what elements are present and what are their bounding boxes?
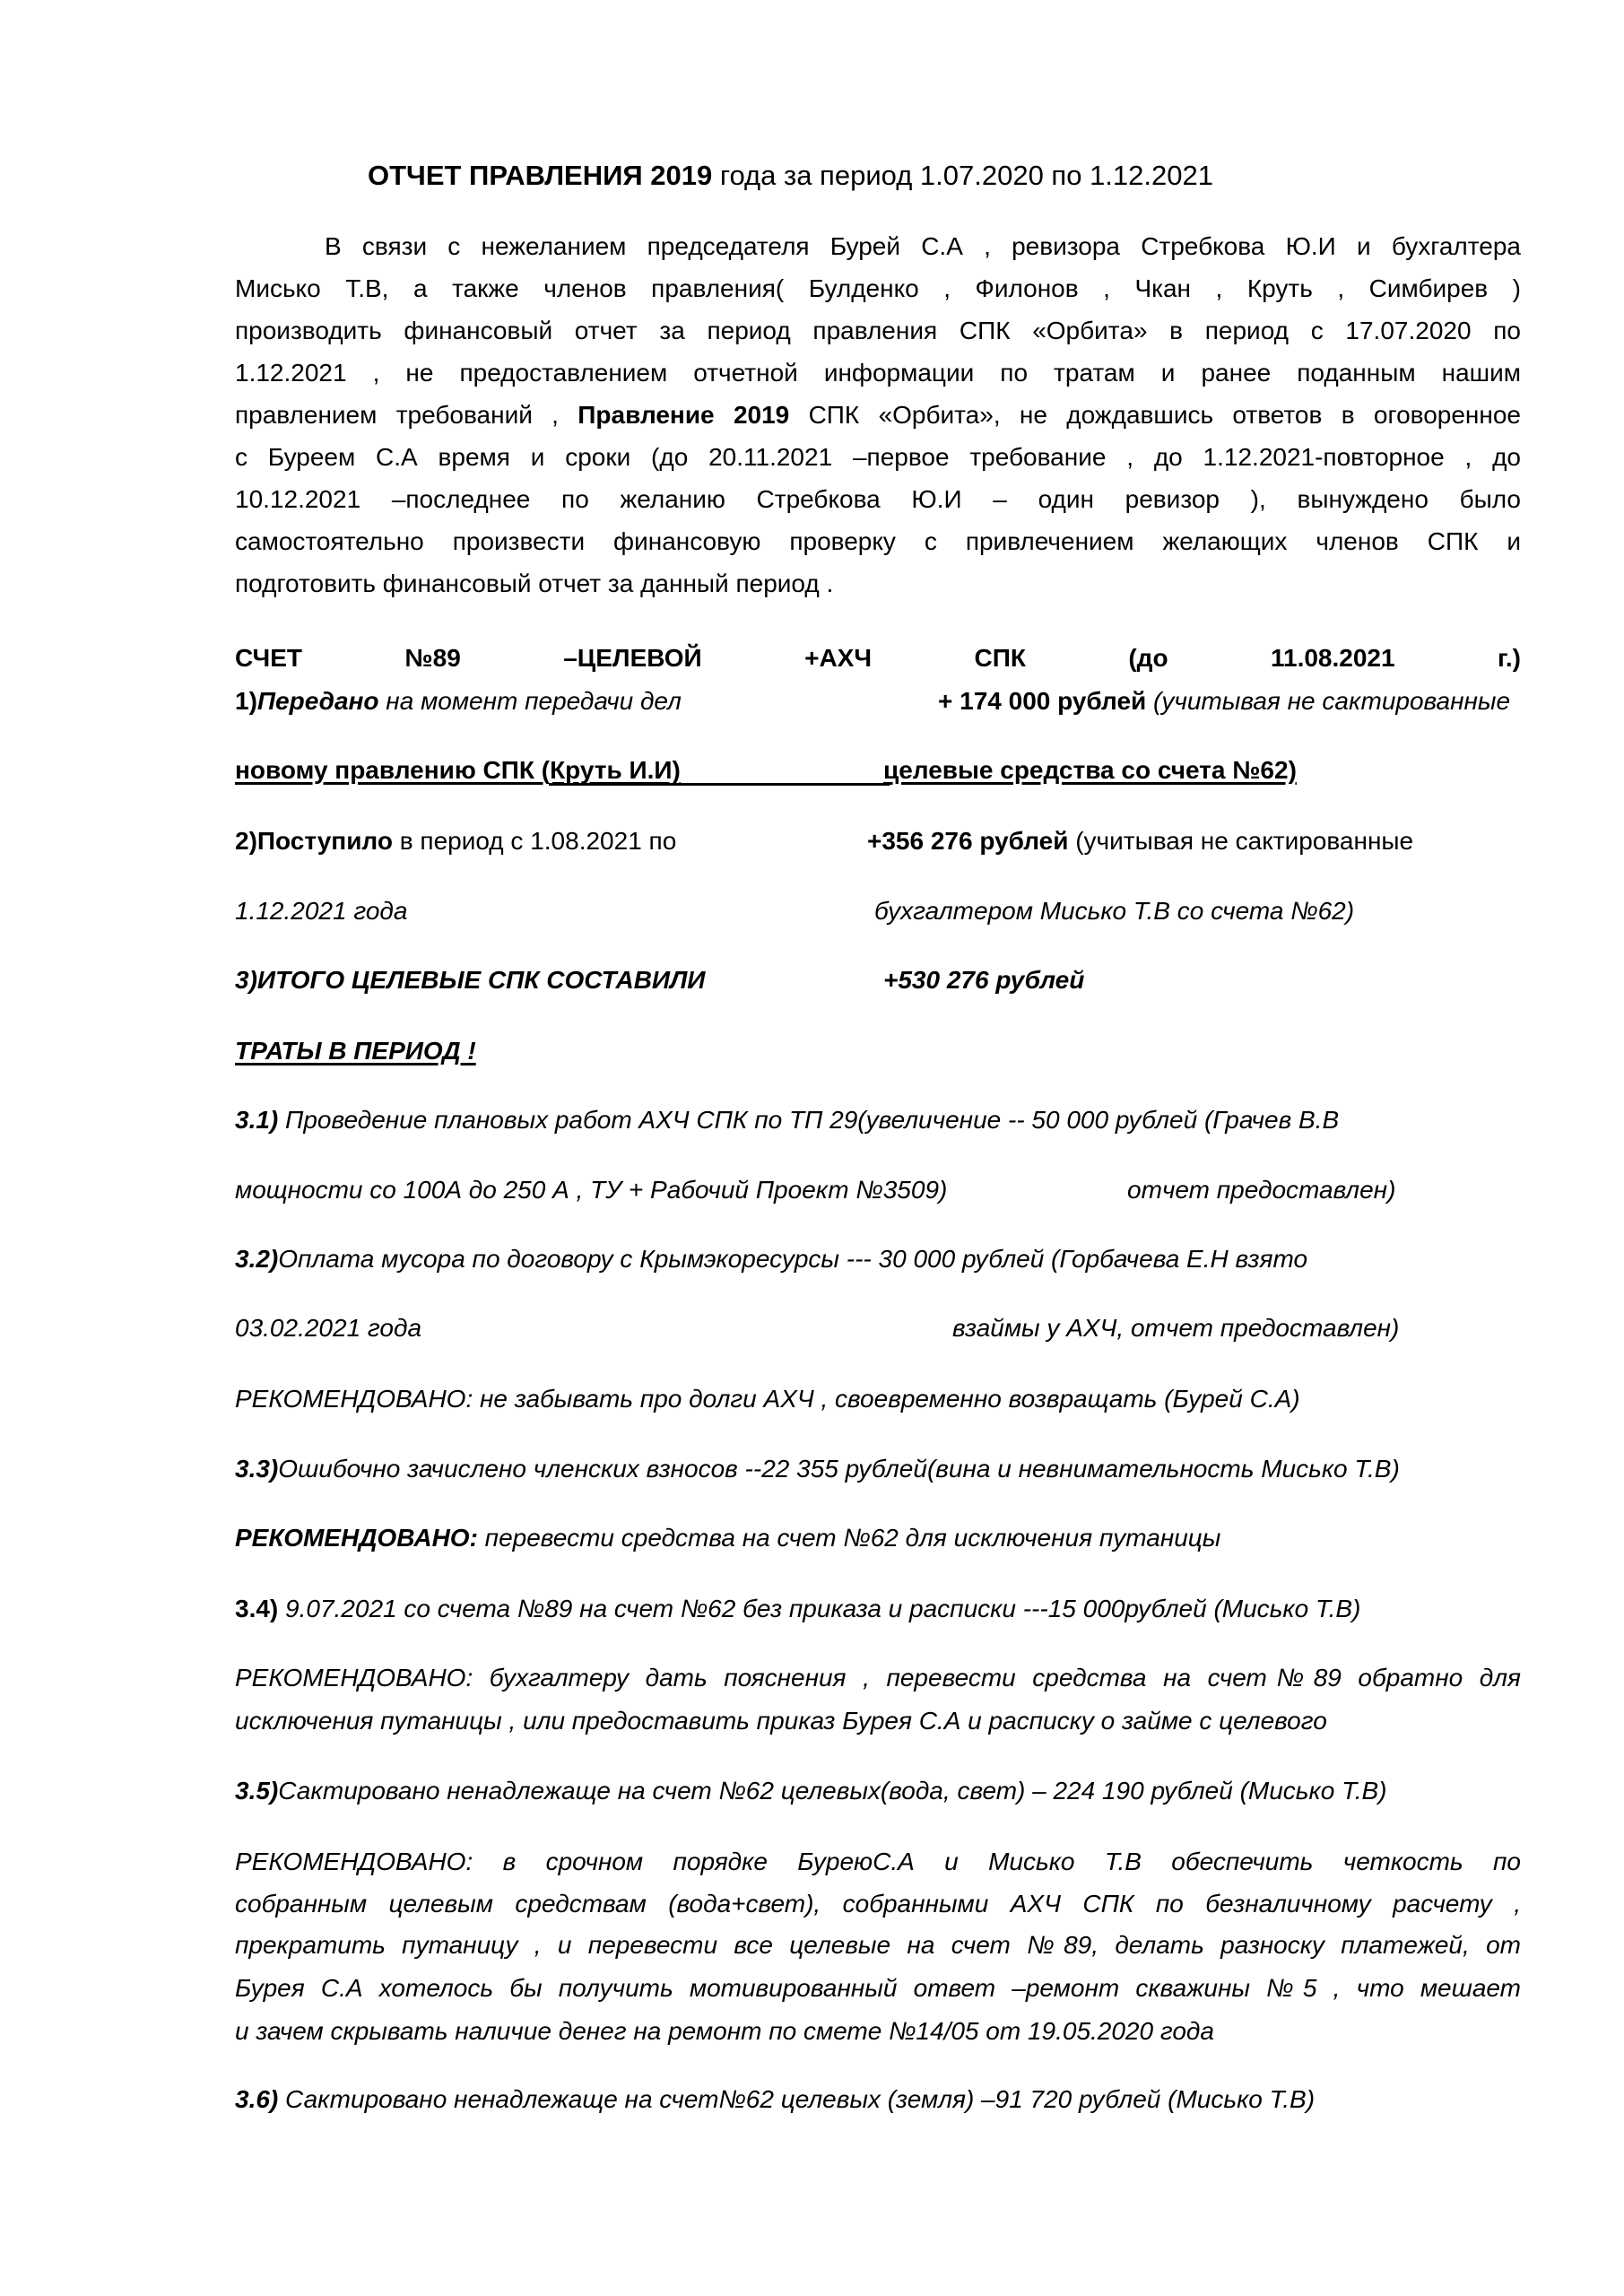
item-amount: + 174 000 рублей [938, 687, 1146, 715]
item-num: 3.1) [235, 1106, 278, 1134]
item-line2-left: мощности со 100А до 250 А , ТУ + Рабочий… [235, 1176, 947, 1204]
spending-heading: ТРАТЫ В ПЕРИОД ! [235, 1035, 1521, 1067]
intro-line: самостоятельно произвести финансовую про… [235, 526, 1521, 558]
item-amount-wrap: +356 276 рублей (учитывая не сактированн… [867, 825, 1413, 857]
recommendation: собранным целевым средствам (вода+свет),… [235, 1888, 1521, 1920]
item-text: 9.07.2021 со счета №89 на счет №62 без п… [278, 1595, 1360, 1622]
document-title: ОТЧЕТ ПРАВЛЕНИЯ 2019 года за период 1.07… [368, 160, 1213, 192]
intro-line: подготовить финансовый отчет за данный п… [235, 568, 1521, 600]
item-desc: в период с 1.08.2021 по [393, 827, 676, 855]
item-line2-right: целевые средства со счета №62) [883, 754, 1297, 787]
intro-line: с Буреем С.А время и сроки (до 20.11.202… [235, 441, 1521, 474]
item-num: 3.2) [235, 1245, 278, 1273]
item-text: Проведение плановых работ АХЧ СПК по ТП … [278, 1106, 1339, 1134]
item-2-line2: 1.12.2021 года бухгалтером Мисько Т.В со… [235, 895, 1521, 927]
heading-word: №89 [404, 642, 460, 674]
heading-word: –ЦЕЛЕВОЙ [563, 642, 701, 674]
item-amount-wrap: + 174 000 рублей (учитывая не сактирован… [938, 685, 1510, 717]
recommendation: и зачем скрывать наличие денег на ремонт… [235, 2015, 1521, 2048]
item-note: (учитывая не сактированные [1146, 687, 1510, 715]
item-desc: на момент передачи дел [379, 687, 682, 715]
spending-item: 3.5)Сактировано ненадлежаще на счет №62 … [235, 1775, 1521, 1807]
item-label: Передано [257, 687, 379, 715]
item-line2-right: бухгалтером Мисько Т.В со счета №62) [874, 895, 1354, 927]
intro-line: правлением требований , Правление 2019 С… [235, 399, 1521, 431]
spending-item-line2: 03.02.2021 года взаймы у АХЧ, отчет пред… [235, 1312, 1521, 1344]
item-text: Сактировано ненадлежаще на счет№62 целев… [278, 2085, 1315, 2113]
item-label: 2)Поступило [235, 827, 393, 855]
item-line2-right: отчет предоставлен) [1127, 1174, 1395, 1206]
intro-text: правлением требований , [235, 401, 578, 429]
recommendation: РЕКОМЕНДОВАНО: бухгалтеру дать пояснения… [235, 1662, 1521, 1694]
item-text: Сактировано ненадлежаще на счет №62 целе… [278, 1777, 1386, 1805]
spending-item-line2: мощности со 100А до 250 А , ТУ + Рабочий… [235, 1174, 1521, 1206]
item-num: 3.3) [235, 1455, 278, 1483]
intro-text: СПК «Орбита», не дождавшись ответов в ог… [789, 401, 1521, 429]
account-heading: СЧЕТ №89 –ЦЕЛЕВОЙ +АХЧ СПК (до 11.08.202… [235, 642, 1521, 674]
heading-word: 11.08.2021 [1271, 642, 1395, 674]
intro-line: 10.12.2021 –последнее по желанию Стребко… [235, 483, 1521, 516]
recommendation: РЕКОМЕНДОВАНО: не забывать про долги АХЧ… [235, 1383, 1521, 1415]
spending-item: 3.6) Сактировано ненадлежаще на счет№62 … [235, 2083, 1521, 2116]
item-2: 2)Поступило в период с 1.08.2021 по +356… [235, 825, 1521, 857]
item-text: Ошибочно зачислено членских взносов --22… [278, 1455, 1400, 1483]
rec-text: перевести средства на счет №62 для исклю… [478, 1524, 1221, 1552]
item-num: 3.4) [235, 1595, 278, 1622]
heading-word: СЧЕТ [235, 642, 302, 674]
spending-item: 3.1) Проведение плановых работ АХЧ СПК п… [235, 1104, 1521, 1136]
intro-line: В связи с нежеланием председателя Бурей … [235, 230, 1521, 263]
title-bold: ОТЧЕТ ПРАВЛЕНИЯ 2019 [368, 160, 712, 191]
intro-line: Мисько Т.В, а также членов правления( Бу… [235, 273, 1521, 305]
item-note: (учитывая не сактированные [1068, 827, 1413, 855]
item-amount: +356 276 рублей [867, 827, 1068, 855]
item-num: 3.5) [235, 1777, 278, 1805]
item-num: 1) [235, 687, 257, 715]
rec-label: РЕКОМЕНДОВАНО: [235, 1524, 478, 1552]
heading-word: г.) [1498, 642, 1521, 674]
recommendation: РЕКОМЕНДОВАНО: в срочном порядке БуреюС.… [235, 1846, 1521, 1878]
item-1-line2: новому правлению СПК (Круть И.И) целевые… [235, 754, 1521, 787]
title-rest: года за период 1.07.2020 по 1.12.2021 [712, 160, 1213, 191]
item-3: 3)ИТОГО ЦЕЛЕВЫЕ СПК СОСТАВИЛИ +530 276 р… [235, 964, 1521, 996]
item-line2-left: 1.12.2021 года [235, 897, 407, 925]
intro-line: производить финансовый отчет за период п… [235, 315, 1521, 347]
item-1: 1)Передано на момент передачи дел + 174 … [235, 685, 1521, 717]
recommendation: РЕКОМЕНДОВАНО: перевести средства на сче… [235, 1522, 1521, 1554]
recommendation: прекратить путаницу , и перевести все це… [235, 1929, 1521, 1961]
intro-bold: Правление 2019 [578, 401, 789, 429]
item-text: Оплата мусора по договору с Крымэкоресур… [278, 1245, 1307, 1273]
spending-heading-text: ТРАТЫ В ПЕРИОД ! [235, 1037, 476, 1065]
spending-item: 3.3)Ошибочно зачислено членских взносов … [235, 1453, 1521, 1485]
spending-item: 3.4) 9.07.2021 со счета №89 на счет №62 … [235, 1593, 1521, 1625]
item-num: 3.6) [235, 2085, 278, 2113]
item-line2-left: новому правлению СПК (Круть И.И) [235, 756, 681, 784]
item-amount: +530 276 рублей [883, 964, 1084, 996]
heading-word: (до [1128, 642, 1168, 674]
heading-word: СПК [974, 642, 1025, 674]
heading-word: +АХЧ [804, 642, 872, 674]
item-line2-right: взаймы у АХЧ, отчет предоставлен) [952, 1312, 1399, 1344]
intro-line: 1.12.2021 , не предоставлением отчетной … [235, 357, 1521, 389]
item-label: 3)ИТОГО ЦЕЛЕВЫЕ СПК СОСТАВИЛИ [235, 966, 705, 994]
spending-item: 3.2)Оплата мусора по договору с Крымэкор… [235, 1243, 1521, 1275]
recommendation: Бурея С.А хотелось бы получить мотивиров… [235, 1972, 1521, 2005]
recommendation: исключения путаницы , или предоставить п… [235, 1705, 1521, 1737]
underline-rule [549, 783, 890, 786]
item-line2-left: 03.02.2021 года [235, 1314, 421, 1342]
